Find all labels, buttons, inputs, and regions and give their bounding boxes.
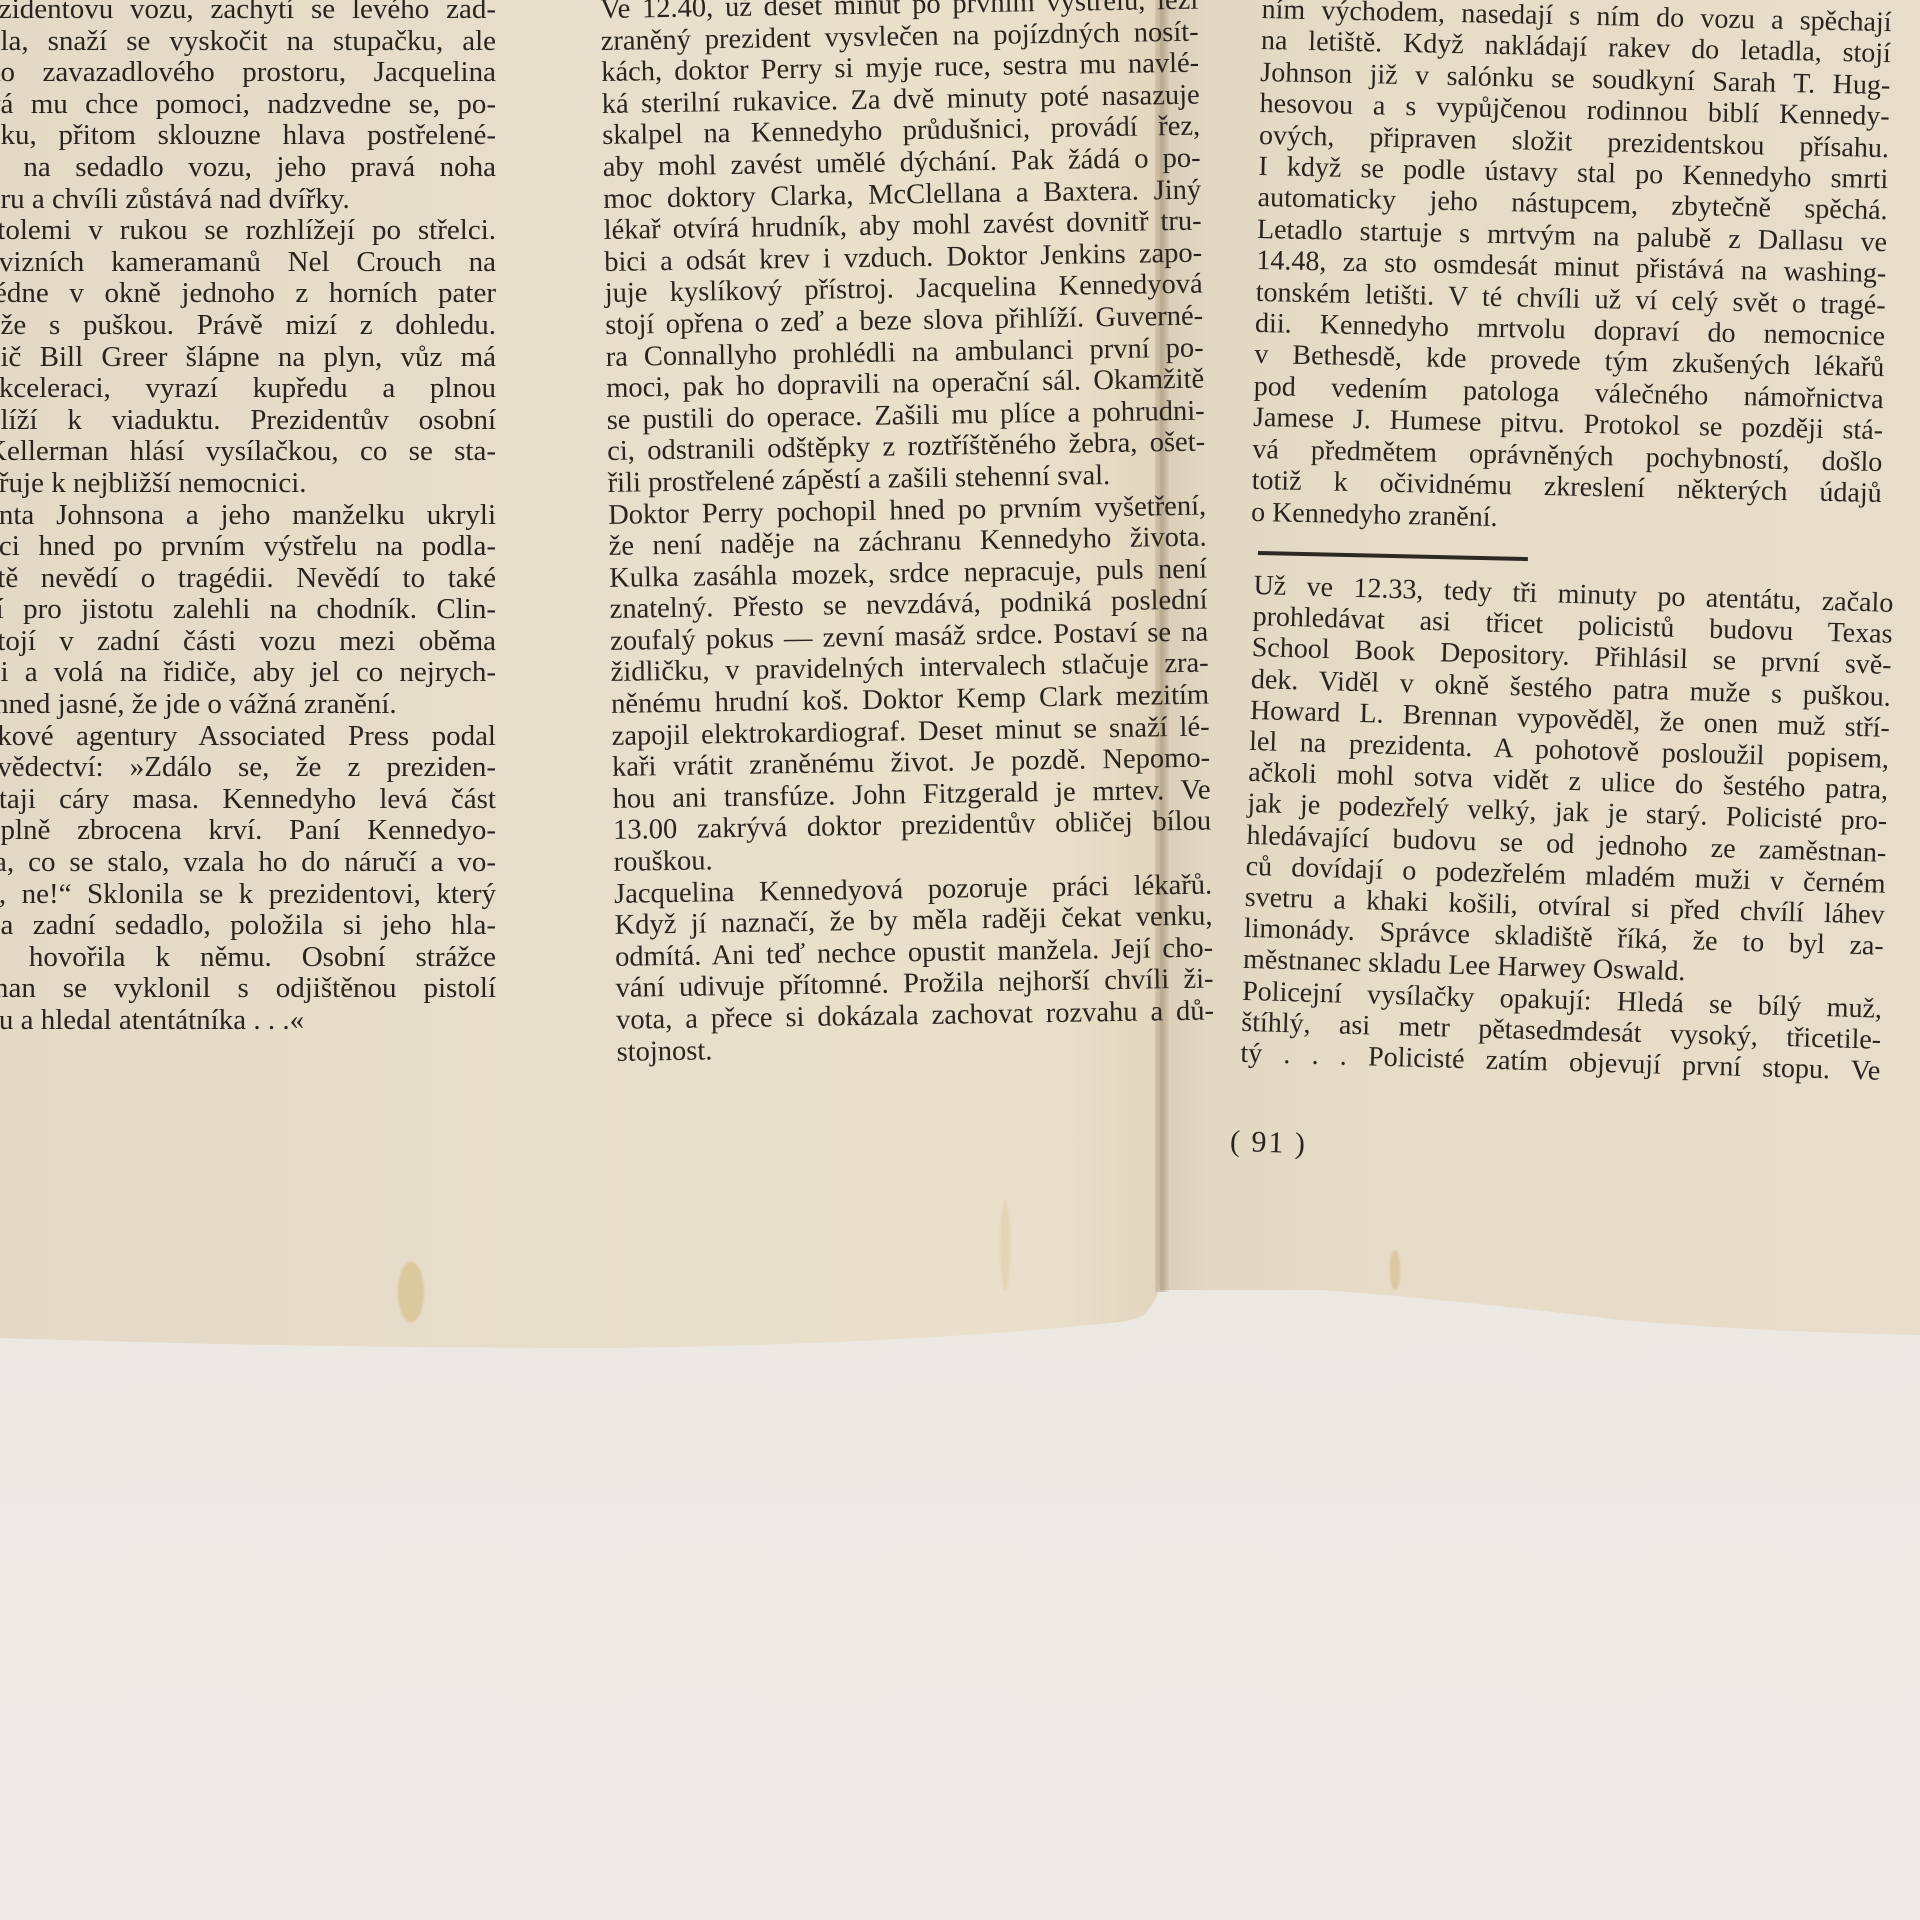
text-line: ůru a chvíli zůstává nad dvířky. (0, 184, 496, 216)
text-line: zu a hledal atentátníka . . .« (0, 1005, 496, 1037)
text-line: vá mu chce pomoci, nadzvedne se, po- (0, 89, 496, 121)
text-line: lédne v okně jednoho z horních pater (0, 278, 496, 310)
page-number: ( 91 ) (1229, 1125, 1307, 1162)
text-line: Kellerman hlásí vysílačkou, co se sta- (0, 436, 496, 468)
text-line: na zadní sedadlo, položila si jeho hla- (0, 910, 496, 942)
middle-column-text: Ve 12.40, už deset minut po prvním výstř… (600, 0, 1215, 1068)
left-column-text: ezidentovu vozu, zachytí se levého zad-d… (0, 0, 496, 1037)
paper-stain (1000, 1200, 1010, 1290)
text-line: blíží k viaduktu. Prezidentův osobní (0, 405, 496, 437)
text-line: e, ne!“ Sklonila se k prezidentovi, kter… (0, 879, 496, 911)
right-column-text-top: ním východem, nasedají s ním do vozu a s… (1251, 0, 1892, 541)
text-line: akceleraci, vyrazí kupředu a plnou (0, 373, 496, 405)
paper-stain (1390, 1250, 1400, 1290)
text-line: žci hned po prvním výstřelu na podla- (0, 531, 496, 563)
paper-stain (398, 1262, 424, 1322)
text-line: dla, snaží se vyskočit na stupačku, ale (0, 26, 496, 58)
text-line: man se vyklonil s odjištěnou pistolí (0, 973, 496, 1005)
right-column-text-bottom: Už ve 12.33, tedy tři minuty po atentátu… (1240, 570, 1894, 1087)
text-line: ří pro jistotu zalehli na chodník. Clin- (0, 594, 496, 626)
text-line: ěřuje k nejbližší nemocnici. (0, 468, 496, 500)
text-line: uku, přitom sklouzne hlava postřelené- (0, 120, 496, 152)
text-line: la, co se stalo, vzala ho do náručí a vo… (0, 847, 496, 879)
text-line: ni a volá na řidiče, aby jel co nejrych- (0, 657, 496, 689)
text-line: ihned jasné, že jde o vážná zranění. (0, 689, 496, 721)
text-line: a na sedadlo vozu, jeho pravá noha (0, 152, 496, 184)
text-line: enta Johnsona a jeho manželku ukryli (0, 500, 496, 532)
text-line: skové agentury Associated Press podal (0, 721, 496, 753)
text-line: ezidentovu vozu, zachytí se levého zad- (0, 0, 496, 26)
text-line: svědectví: »Zdálo se, že z preziden- (0, 752, 496, 784)
text-line: dič Bill Greer šlápne na plyn, vůz má (0, 342, 496, 374)
text-line: ko zavazadlového prostoru, Jacquelina (0, 57, 496, 89)
text-line: étaji cáry masa. Kennedyho levá část (0, 784, 496, 816)
text-line: úplně zbrocena krví. Paní Kennedyo- (0, 815, 496, 847)
text-line: a hovořila k němu. Osobní strážce (0, 942, 496, 974)
text-line: ště nevědí o tragédii. Nevědí to také (0, 563, 496, 595)
text-line: stolemi v rukou se rozhlížejí po střelci… (0, 215, 496, 247)
text-line: uže s puškou. Právě mizí z dohledu. (0, 310, 496, 342)
text-line: stojí v zadní části vozu mezi oběma (0, 626, 496, 658)
text-line: evizních kameramanů Nel Crouch na (0, 247, 496, 279)
